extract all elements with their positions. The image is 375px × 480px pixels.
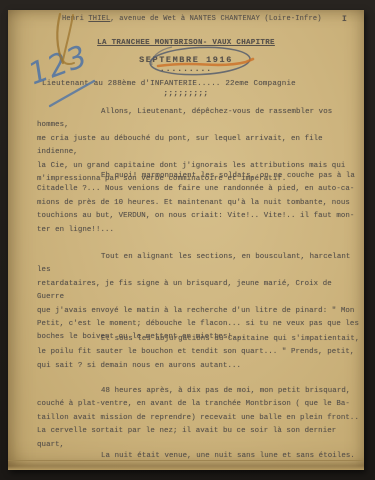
subtitle-marks: ;;;;;;;;; <box>126 90 246 98</box>
page-number: I <box>342 15 347 24</box>
paragraph-5: 48 heures après, à dix pas de moi, mon p… <box>37 385 362 452</box>
author-line: Henri THIEL, avenue de Wet à NANTES CHAN… <box>62 15 322 23</box>
author-surname: THIEL <box>88 15 110 23</box>
paragraph-4: Et sous les abjurgations du Capitaine qu… <box>37 333 362 373</box>
author-prefix: Henri <box>62 15 88 23</box>
closing-line: La nuit était venue, une nuit sans lune … <box>37 450 362 463</box>
document-page: Henri THIEL, avenue de Wet à NANTES CHAN… <box>8 10 364 470</box>
subtitle-line: Lieutenant au 288ème d'INFANTERIE..... 2… <box>42 80 296 88</box>
author-address: , avenue de Wet à NANTES CHANTENAY (Loir… <box>110 15 321 23</box>
paragraph-3: Tout en alignant les sections, en bouscu… <box>37 251 362 345</box>
photo-background: Henri THIEL, avenue de Wet à NANTES CHAN… <box>0 0 375 480</box>
paragraph-2: Eh quoi! marmonnaient les soldats, on ne… <box>37 170 362 237</box>
